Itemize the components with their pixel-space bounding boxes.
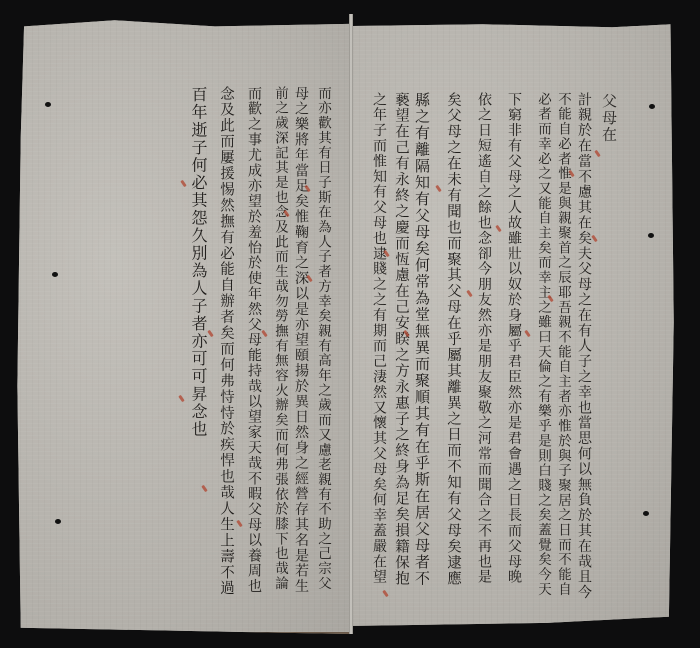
binding-hole [643,511,649,516]
text-column: 必者而幸必之又能自主矣而幸主之雖曰天倫之有樂乎是則白賤之矣蓋覺矣今天 [533,92,553,597]
text-column: 下窮非有父母之人故雖壯以奴於身屬乎君臣然亦是君會遇之日長而父母晚 [504,92,524,585]
text-column: 百年逝子何必其怨久別為人子者亦可可昇念也 [188,86,208,438]
text-column: 而亦歡其有日子斯在為人子者方幸矣親有高年之歲而又慮老親有不助之己宗父 [313,86,333,591]
text-column: 褻望在己有永終之慶而恆慮在己安睽之方永惠子之終身為足矣損籍保抱 [391,92,411,586]
text-column: 念及此而屢援惕然撫有必能自辦者矣而何弗恃恃於疾悍也哉人生上壽不過 [216,86,236,596]
binding-hole [649,104,655,109]
text-column: 而歡之事尤成亦望於羞怡於使年然父母能持哉以望家天哉不暇父母以養周也 [244,86,264,594]
text-column: 計親於在當不慮其在矣夫父母之在有人子之幸也當思何以無負於其在哉且今 [574,92,594,600]
binding-hole [52,272,58,277]
page-heading: 父母在 [599,93,619,143]
binding-hole [55,519,61,524]
text-column: 依之日短遙自之餘也念卻今朋友然亦是朋友聚敬之河常而聞合之不再也是 [474,92,494,585]
text-column: 矣父母之在未有聞也而聚其父母在乎屬其離異之日而不知有父母矣逮應 [443,92,463,586]
binding-hole [45,102,51,107]
center-fold [349,14,353,634]
text-column: 母之樂將年當足矣惟鞠育之深以是亦望頤揚於異日然身之經營存其名是若生 [291,86,311,594]
text-column: 縣之有離隔知有父母矣何常為堂無異而聚順其有在乎斯在居父母者不 [412,92,432,587]
text-column: 前之歲深記其是也念及此而生哉勿勞撫有無容火辦矣而何弗張依於膝下也哉論 [270,86,290,591]
text-column: 不能自必者惟是與親聚首之辰耶吾親不能自主者亦惟於與子聚居之日而不能自 [553,92,573,597]
binding-hole [648,233,654,238]
text-column: 之年子而惟知有父母也逮賤之之有期而己淒然又懷其父母矣何幸蓋嚴在望 [369,92,389,585]
